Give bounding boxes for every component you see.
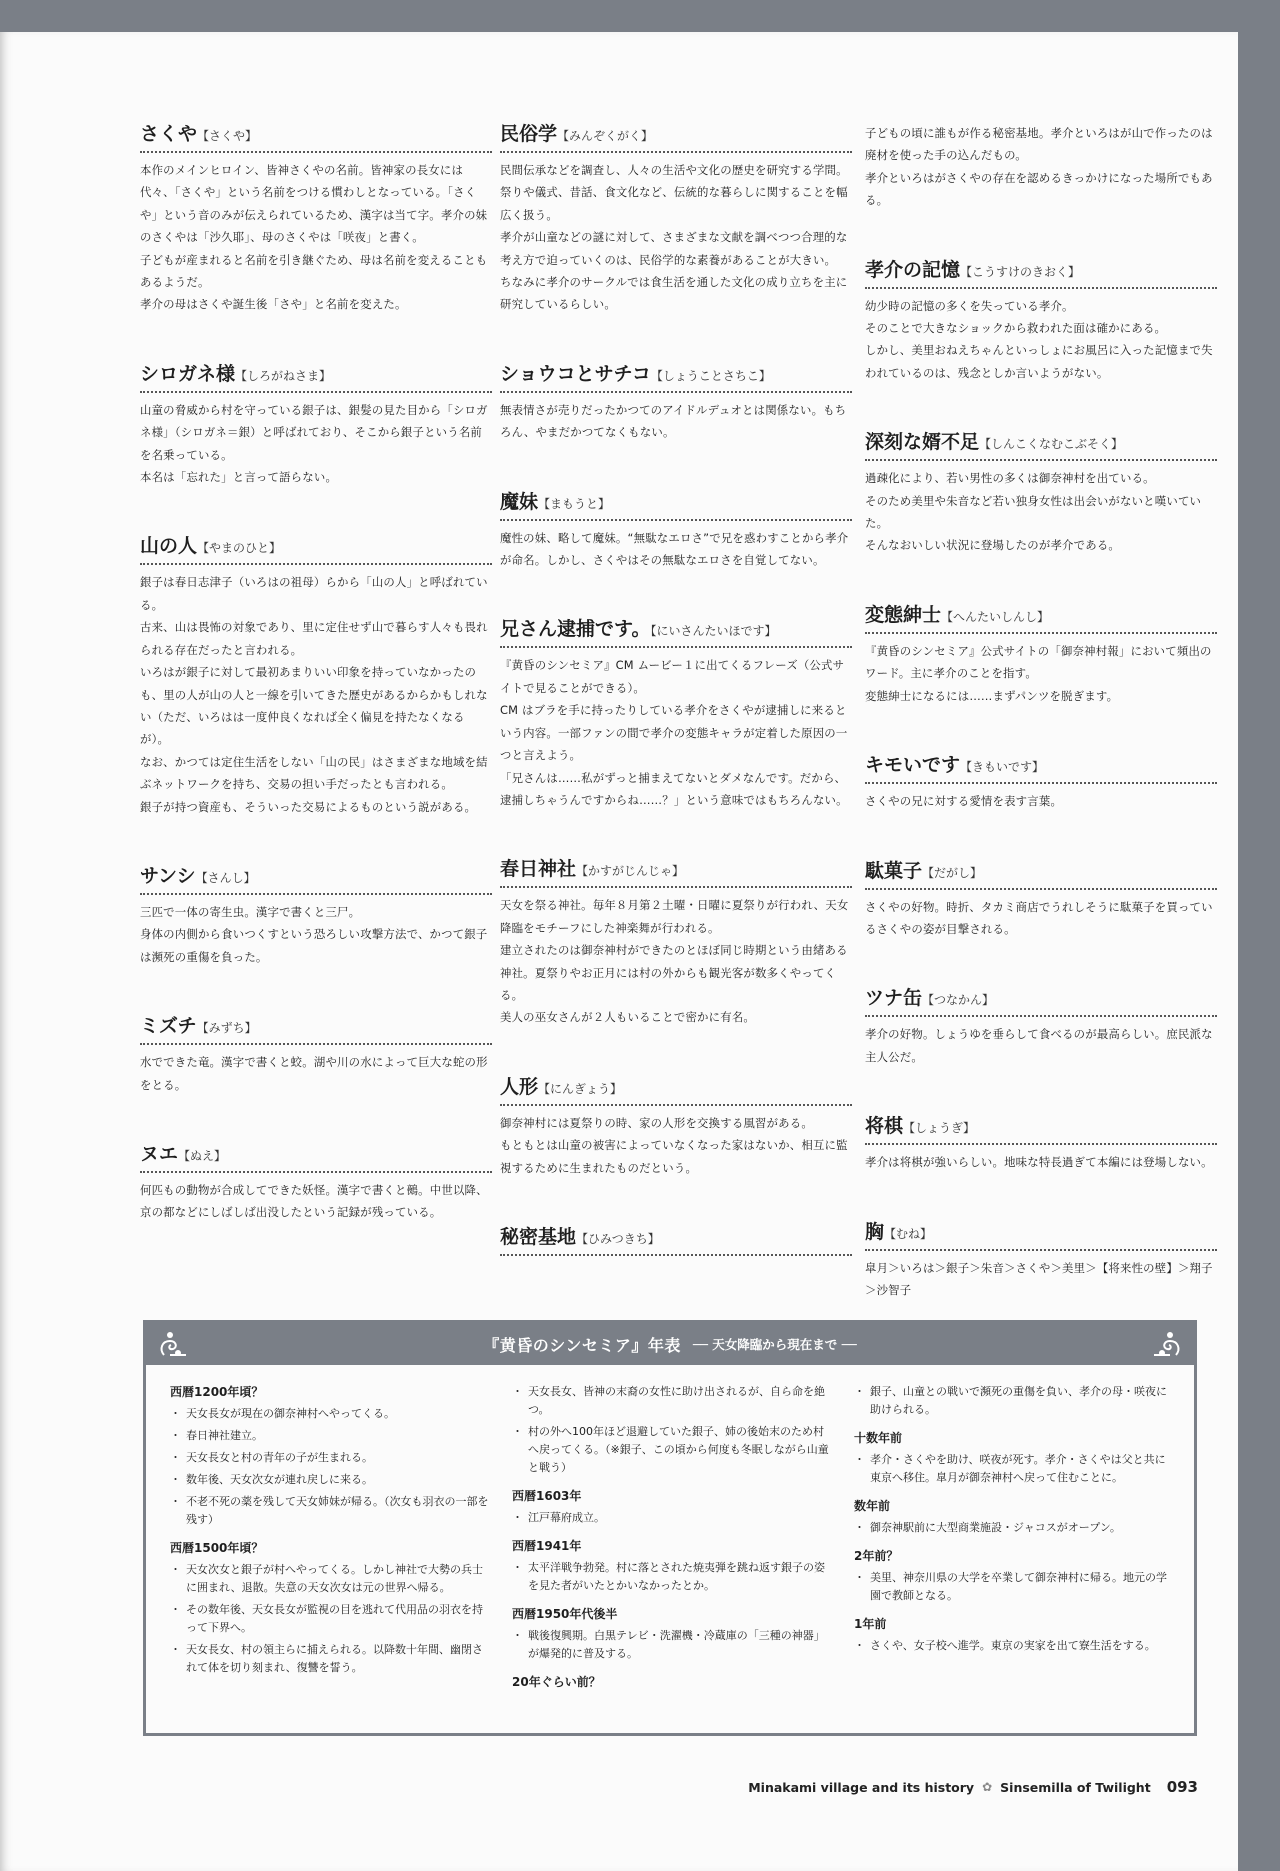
- timeline-events: 戦後復興期。白黒テレビ・洗濯機・冷蔵庫の「三種の神器」が爆発的に普及する。: [512, 1627, 832, 1663]
- entry-reading: 【みずち】: [197, 1021, 257, 1035]
- entry-paragraph: 建立されたのは御奈神村ができたのとほぼ同じ時期という由緒ある神社。夏祭りやお正月…: [500, 939, 852, 1006]
- entry-reading: 【しょうことさちこ】: [651, 369, 771, 383]
- timeline-events: 美里、神奈川県の大学を卒業して御奈神村に帰る。地元の学園で教師となる。: [854, 1569, 1174, 1605]
- entry-paragraph: しかし、美里おねえちゃんといっしょにお風呂に入った記憶まで失われているのは、残念…: [865, 339, 1217, 384]
- entry-heading: 魔妹【まもうと】: [500, 490, 852, 521]
- timeline-events: 天女長女、皆神の末裔の女性に助け出されるが、自ら命を絶つ。村の外へ100年ほど退…: [512, 1383, 832, 1477]
- entry-reading: 【にいさんたいほです】: [650, 624, 776, 638]
- glossary-entry: 魔妹【まもうと】魔性の妹、略して魔妹。“無駄なエロさ”で兄を惑わすことから孝介が…: [500, 490, 852, 572]
- entry-heading: 駄菓子【だがし】: [865, 859, 1217, 890]
- glossary-entry: 将棋【しょうぎ】孝介は将棋が強いらしい。地味な特長過ぎて本編には登場しない。: [865, 1114, 1217, 1173]
- glossary-entry: 山の人【やまのひと】銀子は春日志津子（いろはの祖母）らから「山の人」と呼ばれてい…: [140, 534, 492, 817]
- entry-reading: 【さくや】: [197, 129, 257, 143]
- entry-term: 孝介の記憶: [865, 259, 960, 281]
- entry-reading: 【しろがねさま】: [235, 369, 331, 383]
- timeline-event: 天女次女と銀子が村へやってくる。しかし神社で大勢の兵士に囲まれ、退散。失意の天女…: [170, 1561, 490, 1597]
- entry-reading: 【まもうと】: [538, 497, 610, 511]
- entry-body: 無表情さが売りだったかつてのアイドルデュオとは関係ない。もちろん、やまだかつてな…: [500, 399, 852, 444]
- timeline-column: 銀子、山童との戦いで瀕死の重傷を負い、孝介の母・咲夜に助けられる。十数年前孝介・…: [854, 1383, 1174, 1695]
- timeline-event: 戦後復興期。白黒テレビ・洗濯機・冷蔵庫の「三種の神器」が爆発的に普及する。: [512, 1627, 832, 1663]
- entry-heading: 深刻な婿不足【しんこくなむこぶそく】: [865, 430, 1217, 461]
- timeline-era: 1年前: [854, 1615, 1174, 1633]
- entry-heading: キモいです【きもいです】: [865, 753, 1217, 784]
- timeline-column: 西暦1200年頃？天女長女が現在の御奈神村へやってくる。春日神社建立。天女長女と…: [170, 1383, 490, 1695]
- entry-paragraph: 孝介の好物。しょうゆを垂らして食べるのが最高らしい。庶民派な主人公だ。: [865, 1023, 1217, 1068]
- entry-term: サンシ: [140, 865, 196, 887]
- entry-paragraph: 古来、山は畏怖の対象であり、里に定住せず山で暮らす人々も畏れられる存在だったと言…: [140, 616, 492, 661]
- entry-paragraph: 水でできた竜。漢字で書くと蛟。湖や川の水によって巨大な蛇の形をとる。: [140, 1051, 492, 1096]
- entry-heading: 秘密基地【ひみつきち】: [500, 1225, 852, 1256]
- entry-paragraph: 子どもが産まれると名前を引き継ぐため、母は名前を変えることもあるようだ。: [140, 249, 492, 294]
- entry-term: さくや: [140, 123, 197, 145]
- flower-separator-icon: ✿: [982, 1780, 992, 1794]
- entry-body: 過疎化により、若い男性の多くは御奈神村を出ている。そのため美里や朱音など若い独身…: [865, 467, 1217, 557]
- entry-reading: 【しょうぎ】: [903, 1121, 975, 1135]
- timeline-subtitle: ── 天女降臨から現在まで ──: [693, 1335, 857, 1353]
- glossary-entry: ショウコとサチコ【しょうことさちこ】無表情さが売りだったかつてのアイドルデュオと…: [500, 362, 852, 444]
- entry-paragraph: 御奈神村には夏祭りの時、家の人形を交換する風習がある。: [500, 1112, 852, 1134]
- entry-heading: 山の人【やまのひと】: [140, 534, 492, 565]
- entry-body: 天女を祭る神社。毎年８月第２土曜・日曜に夏祭りが行われ、天女降臨をモチーフにした…: [500, 894, 852, 1028]
- entry-term: キモいです: [865, 754, 960, 776]
- glossary-entry: ミズチ【みずち】水でできた竜。漢字で書くと蛟。湖や川の水によって巨大な蛇の形をと…: [140, 1014, 492, 1096]
- entry-reading: 【しんこくなむこぶそく】: [979, 437, 1123, 451]
- entry-heading: 民俗学【みんぞくがく】: [500, 122, 852, 153]
- timeline-banner: 『黄昏のシンセミア』年表 ── 天女降臨から現在まで ──: [146, 1323, 1194, 1365]
- footer-section-title: Minakami village and its history: [748, 1780, 974, 1795]
- timeline-event: 天女長女と村の青年の子が生まれる。: [170, 1449, 490, 1467]
- entry-term: ミズチ: [140, 1015, 197, 1037]
- glossary-entry: 兄さん逮捕です。【にいさんたいほです】『黄昏のシンセミア』CM ムービー１に出て…: [500, 617, 852, 811]
- entry-body: 何匹もの動物が合成してできた妖怪。漢字で書くと鵺。中世以降、京の都などにしばしば…: [140, 1179, 492, 1224]
- entry-heading: 変態紳士【へんたいしんし】: [865, 603, 1217, 634]
- timeline-era: 西暦1200年頃？: [170, 1383, 490, 1401]
- entry-heading: 春日神社【かすがじんじゃ】: [500, 857, 852, 888]
- glossary-entry: サンシ【さんし】三匹で一体の寄生虫。漢字で書くと三尸。身体の内側から食いつくすと…: [140, 864, 492, 968]
- entry-body: 山童の脅威から村を守っている銀子は、銀髪の見た目から「シロガネ様」（シロガネ＝銀…: [140, 399, 492, 489]
- entry-paragraph: 何匹もの動物が合成してできた妖怪。漢字で書くと鵺。中世以降、京の都などにしばしば…: [140, 1179, 492, 1224]
- entry-reading: 【かすがじんじゃ】: [576, 864, 684, 878]
- timeline-column: 天女長女、皆神の末裔の女性に助け出されるが、自ら命を絶つ。村の外へ100年ほど退…: [512, 1383, 832, 1695]
- entry-paragraph: CM はブラを手に持ったりしている孝介をさくやが逮捕しに来るという内容。一部ファ…: [500, 699, 852, 766]
- footer-book-title: Sinsemilla of Twilight: [1000, 1780, 1151, 1795]
- entry-paragraph: そんなおいしい状況に登場したのが孝介である。: [865, 534, 1217, 556]
- entry-paragraph: 皐月＞いろは＞銀子＞朱音＞さくや＞美里＞【将来性の壁】＞翔子＞沙智子: [865, 1257, 1217, 1302]
- entry-term: 兄さん逮捕です。: [500, 618, 650, 640]
- entry-body: 水でできた竜。漢字で書くと蛟。湖や川の水によって巨大な蛇の形をとる。: [140, 1051, 492, 1096]
- entry-paragraph: 天女を祭る神社。毎年８月第２土曜・日曜に夏祭りが行われ、天女降臨をモチーフにした…: [500, 894, 852, 939]
- entry-paragraph: 子どもの頃に誰もが作る秘密基地。孝介といろはが山で作ったのは廃材を使った手の込ん…: [865, 122, 1217, 167]
- entry-paragraph: 身体の内側から食いつくすという恐ろしい攻撃方法で、かつて銀子は瀕死の重傷を負った…: [140, 923, 492, 968]
- entry-heading: 将棋【しょうぎ】: [865, 1114, 1217, 1145]
- entry-term: 将棋: [865, 1115, 903, 1137]
- timeline-events: 江戸幕府成立。: [512, 1509, 832, 1527]
- glossary-entry: 深刻な婿不足【しんこくなむこぶそく】過疎化により、若い男性の多くは御奈神村を出て…: [865, 430, 1217, 557]
- entry-paragraph: 過疎化により、若い男性の多くは御奈神村を出ている。: [865, 467, 1217, 489]
- timeline-era: 西暦1950年代後半: [512, 1605, 832, 1623]
- entry-heading: ショウコとサチコ【しょうことさちこ】: [500, 362, 852, 393]
- entry-body: 民間伝承などを調査し、人々の生活や文化の歴史を研究する学問。祭りや儀式、昔話、食…: [500, 159, 852, 316]
- entry-paragraph: さくやの兄に対する愛情を表す言葉。: [865, 790, 1217, 812]
- timeline-era: 数年前: [854, 1497, 1174, 1515]
- entry-paragraph: 美人の巫女さんが２人もいることで密かに有名。: [500, 1006, 852, 1028]
- glossary-entry: 孝介の記憶【こうすけのきおく】幼少時の記憶の多くを失っている孝介。そのことで大き…: [865, 258, 1217, 385]
- timeline-events: 天女次女と銀子が村へやってくる。しかし神社で大勢の兵士に囲まれ、退散。失意の天女…: [170, 1561, 490, 1677]
- entry-heading: 胸【むね】: [865, 1220, 1217, 1251]
- glossary-entry: キモいです【きもいです】さくやの兄に対する愛情を表す言葉。: [865, 753, 1217, 812]
- glossary-entry: 人形【にんぎょう】御奈神村には夏祭りの時、家の人形を交換する風習がある。もともと…: [500, 1075, 852, 1179]
- timeline-event: 数年後、天女次女が連れ戻しに来る。: [170, 1471, 490, 1489]
- glossary-column-2: 民俗学【みんぞくがく】民間伝承などを調査し、人々の生活や文化の歴史を研究する学問…: [500, 122, 852, 1302]
- entry-body: 幼少時の記憶の多くを失っている孝介。そのことで大きなショックから救われた面は確か…: [865, 295, 1217, 385]
- entry-reading: 【だがし】: [922, 866, 982, 880]
- timeline-era: 西暦1603年: [512, 1487, 832, 1505]
- entry-reading: 【こうすけのきおく】: [960, 265, 1080, 279]
- timeline-era: 20年ぐらい前？: [512, 1673, 832, 1691]
- entry-body: 孝介の好物。しょうゆを垂らして食べるのが最高らしい。庶民派な主人公だ。: [865, 1023, 1217, 1068]
- entry-heading: サンシ【さんし】: [140, 864, 492, 895]
- glossary-entry: 春日神社【かすがじんじゃ】天女を祭る神社。毎年８月第２土曜・日曜に夏祭りが行われ…: [500, 857, 852, 1028]
- entry-paragraph: 銀子は春日志津子（いろはの祖母）らから「山の人」と呼ばれている。: [140, 571, 492, 616]
- entry-paragraph: そのことで大きなショックから救われた面は確かにある。: [865, 317, 1217, 339]
- entry-body: 本作のメインヒロイン、皆神さくやの名前。皆神家の長女には代々、「さくや」という名…: [140, 159, 492, 316]
- timeline-event: 天女長女、皆神の末裔の女性に助け出されるが、自ら命を絶つ。: [512, 1383, 832, 1419]
- entry-term: 山の人: [140, 535, 197, 557]
- entry-paragraph: 本名は「忘れた」と言って語らない。: [140, 466, 492, 488]
- timeline-events: 孝介・さくやを助け、咲夜が死す。孝介・さくやは父と共に東京へ移住。皐月が御奈神村…: [854, 1451, 1174, 1487]
- entry-paragraph: なお、かつては定住生活をしない「山の民」はさまざまな地域を結ぶネットワークを持ち…: [140, 751, 492, 796]
- page-number: 093: [1167, 1778, 1198, 1796]
- entry-body: 御奈神村には夏祭りの時、家の人形を交換する風習がある。もともとは山童の被害によっ…: [500, 1112, 852, 1179]
- timeline-era: 十数年前: [854, 1429, 1174, 1447]
- entry-body: 孝介は将棋が強いらしい。地味な特長過ぎて本編には登場しない。: [865, 1151, 1217, 1173]
- entry-term: 胸: [865, 1221, 884, 1243]
- timeline-event: 天女長女、村の領主らに捕えられる。以降数十年間、幽閉されて体を切り刻まれ、復讐を…: [170, 1641, 490, 1677]
- glossary-entry: 駄菓子【だがし】さくやの好物。時折、タカミ商店でうれしそうに駄菓子を買っているさ…: [865, 859, 1217, 941]
- entry-body: 『黄昏のシンセミア』CM ムービー１に出てくるフレーズ（公式サイトで見ることがで…: [500, 654, 852, 811]
- glossary-column-1: さくや【さくや】本作のメインヒロイン、皆神さくやの名前。皆神家の長女には代々、「…: [140, 122, 492, 1270]
- timeline-event: 孝介・さくやを助け、咲夜が死す。孝介・さくやは父と共に東京へ移住。皐月が御奈神村…: [854, 1451, 1174, 1487]
- flourish-ornament-icon: [1150, 1327, 1184, 1361]
- timeline-events: 御奈神駅前に大型商業施設・ジャコスがオープン。: [854, 1519, 1174, 1537]
- timeline-event: 天女長女が現在の御奈神村へやってくる。: [170, 1405, 490, 1423]
- glossary-entry: 民俗学【みんぞくがく】民間伝承などを調査し、人々の生活や文化の歴史を研究する学問…: [500, 122, 852, 316]
- timeline-box: 『黄昏のシンセミア』年表 ── 天女降臨から現在まで ── 西暦1200年頃？天…: [143, 1320, 1197, 1736]
- glossary-entry: さくや【さくや】本作のメインヒロイン、皆神さくやの名前。皆神家の長女には代々、「…: [140, 122, 492, 316]
- entry-body: 魔性の妹、略して魔妹。“無駄なエロさ”で兄を惑わすことから孝介が命名。しかし、さ…: [500, 527, 852, 572]
- entry-body: 『黄昏のシンセミア』公式サイトの「御奈神村報」において頻出のワード。主に孝介のこ…: [865, 640, 1217, 707]
- entry-heading: 孝介の記憶【こうすけのきおく】: [865, 258, 1217, 289]
- entry-reading: 【むね】: [884, 1227, 932, 1241]
- entry-paragraph: いろはが銀子に対して最初あまりいい印象を持っていなかったのも、里の人が山の人と一…: [140, 661, 492, 751]
- entry-heading: ヌエ【ぬえ】: [140, 1142, 492, 1173]
- timeline-event: その数年後、天女長女が監視の目を逃れて代用品の羽衣を持って下界へ。: [170, 1601, 490, 1637]
- entry-term: 駄菓子: [865, 860, 922, 882]
- entry-paragraph: 山童の脅威から村を守っている銀子は、銀髪の見た目から「シロガネ様」（シロガネ＝銀…: [140, 399, 492, 466]
- timeline-event: 村の外へ100年ほど退避していた銀子、姉の後始末のため村へ戻ってくる。（※銀子、…: [512, 1423, 832, 1477]
- glossary-entry: ツナ缶【つなかん】孝介の好物。しょうゆを垂らして食べるのが最高らしい。庶民派な主…: [865, 986, 1217, 1068]
- entry-body: さくやの兄に対する愛情を表す言葉。: [865, 790, 1217, 812]
- timeline-event: 太平洋戦争勃発。村に落とされた焼夷弾を跳ね返す銀子の姿を見た者がいたとかいなかっ…: [512, 1559, 832, 1595]
- entry-paragraph: 銀子が持つ資産も、そういった交易によるものという説がある。: [140, 796, 492, 818]
- entry-paragraph: もともとは山童の被害によっていなくなった家はないか、相互に監視するために生まれた…: [500, 1134, 852, 1179]
- entry-reading: 【きもいです】: [960, 760, 1044, 774]
- timeline-event: 御奈神駅前に大型商業施設・ジャコスがオープン。: [854, 1519, 1174, 1537]
- timeline-events: さくや、女子校へ進学。東京の実家を出て寮生活をする。: [854, 1637, 1174, 1655]
- entry-paragraph: 『黄昏のシンセミア』CM ムービー１に出てくるフレーズ（公式サイトで見ることがで…: [500, 654, 852, 699]
- entry-reading: 【にんぎょう】: [538, 1082, 622, 1096]
- timeline-era: 西暦1500年頃？: [170, 1539, 490, 1557]
- entry-paragraph: 孝介が山童などの謎に対して、さまざまな文献を調べつつ合理的な考え方で迫っていくの…: [500, 226, 852, 271]
- entry-term: 民俗学: [500, 123, 557, 145]
- entry-term: ヌエ: [140, 1143, 178, 1165]
- entry-paragraph: さくやの好物。時折、タカミ商店でうれしそうに駄菓子を買っているさくやの姿が目撃さ…: [865, 896, 1217, 941]
- entry-term: 魔妹: [500, 491, 538, 513]
- timeline-events: 銀子、山童との戦いで瀕死の重傷を負い、孝介の母・咲夜に助けられる。: [854, 1383, 1174, 1419]
- timeline-era: 2年前？: [854, 1547, 1174, 1565]
- entry-body: 銀子は春日志津子（いろはの祖母）らから「山の人」と呼ばれている。古来、山は畏怖の…: [140, 571, 492, 817]
- entry-paragraph: 幼少時の記憶の多くを失っている孝介。: [865, 295, 1217, 317]
- entry-body: さくやの好物。時折、タカミ商店でうれしそうに駄菓子を買っているさくやの姿が目撃さ…: [865, 896, 1217, 941]
- entry-term: 変態紳士: [865, 604, 941, 626]
- entry-heading: 人形【にんぎょう】: [500, 1075, 852, 1106]
- entry-body: 三匹で一体の寄生虫。漢字で書くと三尸。身体の内側から食いつくすという恐ろしい攻撃…: [140, 901, 492, 968]
- timeline-event: 美里、神奈川県の大学を卒業して御奈神村に帰る。地元の学園で教師となる。: [854, 1569, 1174, 1605]
- timeline-event: 不老不死の薬を残して天女姉妹が帰る。（次女も羽衣の一部を残す）: [170, 1493, 490, 1529]
- glossary-entry: ヌエ【ぬえ】何匹もの動物が合成してできた妖怪。漢字で書くと鵺。中世以降、京の都な…: [140, 1142, 492, 1224]
- entry-reading: 【みんぞくがく】: [557, 129, 653, 143]
- glossary-entry: 秘密基地【ひみつきち】: [500, 1225, 852, 1256]
- flourish-ornament-icon: [156, 1327, 190, 1361]
- entry-paragraph: 孝介は将棋が強いらしい。地味な特長過ぎて本編には登場しない。: [865, 1151, 1217, 1173]
- entry-heading: ツナ缶【つなかん】: [865, 986, 1217, 1017]
- timeline-columns: 西暦1200年頃？天女長女が現在の御奈神村へやってくる。春日神社建立。天女長女と…: [170, 1383, 1174, 1695]
- entry-paragraph: そのため美里や朱音など若い独身女性は出会いがないと嘆いていた。: [865, 490, 1217, 535]
- entry-reading: 【ぬえ】: [178, 1149, 226, 1163]
- timeline-event: 銀子、山童との戦いで瀕死の重傷を負い、孝介の母・咲夜に助けられる。: [854, 1383, 1174, 1419]
- entry-term: 深刻な婿不足: [865, 431, 979, 453]
- entry-heading: さくや【さくや】: [140, 122, 492, 153]
- entry-paragraph: 無表情さが売りだったかつてのアイドルデュオとは関係ない。もちろん、やまだかつてな…: [500, 399, 852, 444]
- timeline-event: さくや、女子校へ進学。東京の実家を出て寮生活をする。: [854, 1637, 1174, 1655]
- timeline-event: 江戸幕府成立。: [512, 1509, 832, 1527]
- entry-body: 皐月＞いろは＞銀子＞朱音＞さくや＞美里＞【将来性の壁】＞翔子＞沙智子: [865, 1257, 1217, 1302]
- entry-reading: 【つなかん】: [922, 993, 994, 1007]
- entry-paragraph: 変態紳士になるには……まずパンツを脱ぎます。: [865, 685, 1217, 707]
- entry-paragraph: ちなみに孝介のサークルでは食生活を通した文化の成り立ちを主に研究しているらしい。: [500, 271, 852, 316]
- timeline-event: 春日神社建立。: [170, 1427, 490, 1445]
- timeline-title: 『黄昏のシンセミア』年表: [483, 1333, 681, 1356]
- entry-paragraph: 本作のメインヒロイン、皆神さくやの名前。皆神家の長女には代々、「さくや」という名…: [140, 159, 492, 249]
- glossary-entry: 胸【むね】皐月＞いろは＞銀子＞朱音＞さくや＞美里＞【将来性の壁】＞翔子＞沙智子: [865, 1220, 1217, 1302]
- glossary-entry: シロガネ様【しろがねさま】山童の脅威から村を守っている銀子は、銀髪の見た目から「…: [140, 362, 492, 489]
- entry-heading: 兄さん逮捕です。【にいさんたいほです】: [500, 617, 852, 648]
- entry-term: ショウコとサチコ: [500, 363, 651, 385]
- entry-term: 秘密基地: [500, 1226, 576, 1248]
- entry-term: ツナ缶: [865, 987, 922, 1009]
- entry-heading: シロガネ様【しろがねさま】: [140, 362, 492, 393]
- entry-paragraph: 魔性の妹、略して魔妹。“無駄なエロさ”で兄を惑わすことから孝介が命名。しかし、さ…: [500, 527, 852, 572]
- entry-term: 人形: [500, 1076, 538, 1098]
- entry-heading: ミズチ【みずち】: [140, 1014, 492, 1045]
- timeline-era: 西暦1941年: [512, 1537, 832, 1555]
- entry-reading: 【ひみつきち】: [576, 1232, 660, 1246]
- entry-term: シロガネ様: [140, 363, 235, 385]
- entry-term: 春日神社: [500, 858, 576, 880]
- entry-paragraph: 民間伝承などを調査し、人々の生活や文化の歴史を研究する学問。祭りや儀式、昔話、食…: [500, 159, 852, 226]
- entry-paragraph: 「兄さんは……私がずっと捕まえてないとダメなんです。だから、逮捕しちゃうんですか…: [500, 767, 852, 812]
- entry-reading: 【やまのひと】: [197, 541, 281, 555]
- entry-paragraph: 三匹で一体の寄生虫。漢字で書くと三尸。: [140, 901, 492, 923]
- glossary-column-3: 子どもの頃に誰もが作る秘密基地。孝介といろはが山で作ったのは廃材を使った手の込ん…: [865, 122, 1217, 1347]
- entry-paragraph: 孝介の母はさくや誕生後「さや」と名前を変えた。: [140, 293, 492, 315]
- continued-entry-text: 子どもの頃に誰もが作る秘密基地。孝介といろはが山で作ったのは廃材を使った手の込ん…: [865, 122, 1217, 212]
- page-footer: Minakami village and its history ✿ Sinse…: [748, 1778, 1198, 1796]
- entry-reading: 【さんし】: [196, 871, 256, 885]
- timeline-events: 太平洋戦争勃発。村に落とされた焼夷弾を跳ね返す銀子の姿を見た者がいたとかいなかっ…: [512, 1559, 832, 1595]
- entry-reading: 【へんたいしんし】: [941, 610, 1049, 624]
- glossary-entry: 変態紳士【へんたいしんし】『黄昏のシンセミア』公式サイトの「御奈神村報」において…: [865, 603, 1217, 707]
- timeline-events: 天女長女が現在の御奈神村へやってくる。春日神社建立。天女長女と村の青年の子が生ま…: [170, 1405, 490, 1529]
- entry-paragraph: 『黄昏のシンセミア』公式サイトの「御奈神村報」において頻出のワード。主に孝介のこ…: [865, 640, 1217, 685]
- entry-paragraph: 孝介といろはがさくやの存在を認めるきっかけになった場所でもある。: [865, 167, 1217, 212]
